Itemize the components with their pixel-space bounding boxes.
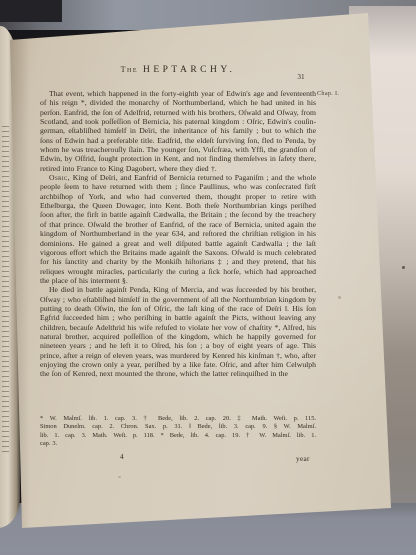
footnote-line: Simon Dunelm. cap. 2. Chron. Sax. p. 31.… bbox=[40, 423, 316, 431]
paragraph-2: Osric, King of Deïri, and Eanfrid of Ber… bbox=[40, 173, 316, 285]
paragraph-3-text: He died in battle againſt Penda, King of… bbox=[40, 285, 316, 378]
age-spot bbox=[283, 136, 285, 138]
signature-mark: 4 bbox=[120, 452, 124, 461]
debris-speck bbox=[402, 266, 405, 269]
paragraph-3: He died in battle againſt Penda, King of… bbox=[40, 285, 316, 378]
chapter-margin-note: Chap. I. bbox=[317, 90, 339, 97]
catchword: year bbox=[296, 454, 310, 463]
paragraph-2-lead: Osric, bbox=[49, 173, 70, 182]
running-title: TheHeptarchy. bbox=[40, 59, 316, 77]
age-spot bbox=[338, 296, 341, 299]
footnote-line: lib. 1. cap. 3. Math. Weſt. p. 118. * Be… bbox=[40, 432, 316, 440]
paragraph-2-text: King of Deïri, and Eanfrid of Bernicia r… bbox=[40, 173, 316, 285]
signature-line: 4 year bbox=[40, 452, 316, 464]
paragraph-1: That event, which happened in the forty-… bbox=[40, 89, 316, 173]
shadow-top-left bbox=[0, 0, 62, 22]
paragraph-1-text: That event, which happened in the forty-… bbox=[40, 89, 316, 173]
photo-of-open-book: TheHeptarchy. 31 Chap. I. That event, wh… bbox=[0, 0, 416, 555]
book-page: TheHeptarchy. 31 Chap. I. That event, wh… bbox=[0, 0, 416, 555]
age-spot bbox=[118, 476, 121, 478]
footnote-line: cap. 3. bbox=[40, 440, 316, 448]
footnote-line: * W. Malmſ. lib. 1. cap. 3. † Bede, lib.… bbox=[40, 415, 316, 423]
body-text-block: That event, which happened in the forty-… bbox=[40, 89, 316, 379]
facing-page-edge-text-marks bbox=[2, 126, 9, 456]
running-title-the: The bbox=[121, 65, 138, 74]
footnotes-block: * W. Malmſ. lib. 1. cap. 3. † Bede, lib.… bbox=[40, 415, 316, 449]
page-number: 31 bbox=[288, 73, 314, 81]
running-title-main: Heptarchy. bbox=[143, 65, 235, 75]
